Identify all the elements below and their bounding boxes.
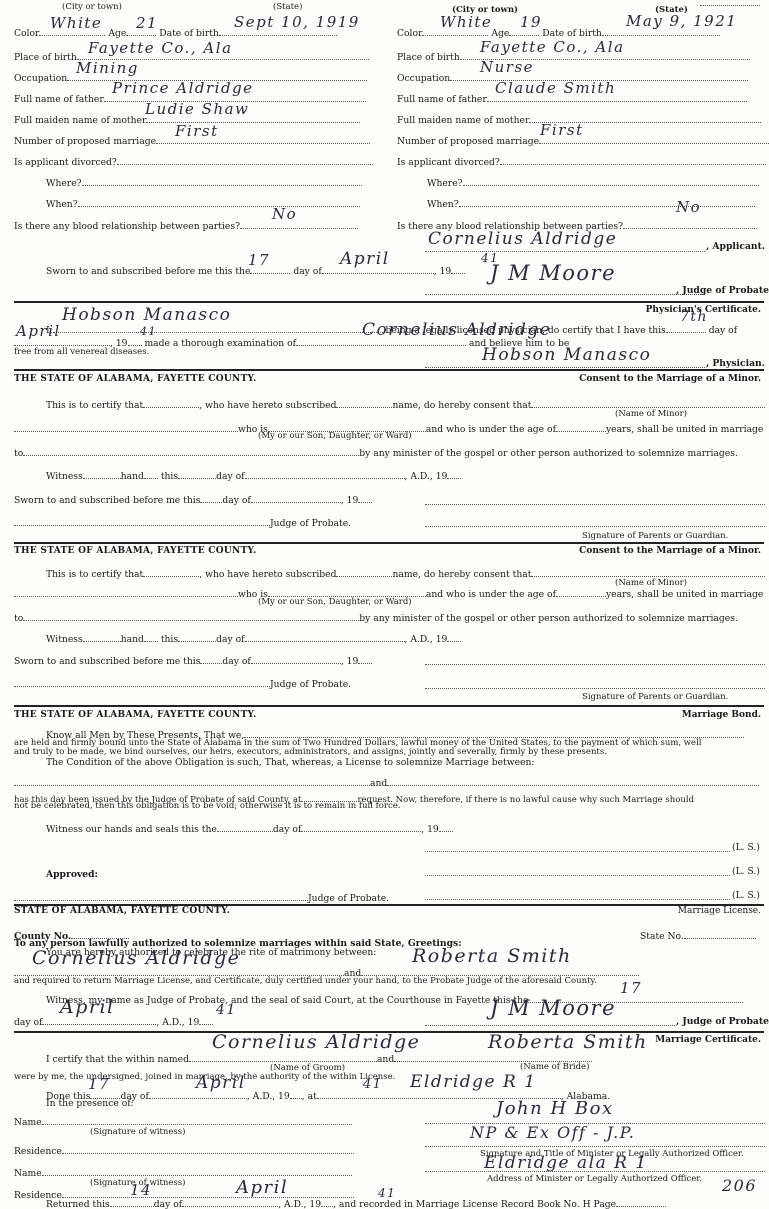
groom-mother-label: Full maiden name of mother (14, 115, 146, 126)
witness2-name-label: Name (14, 1168, 42, 1179)
groom-color-value: White (50, 15, 102, 31)
groom-where-label: Where? (46, 178, 82, 189)
consent1-text: , 19 (341, 495, 359, 506)
sworn-month: April (340, 251, 390, 267)
groom-state-caption: (State) (273, 2, 302, 12)
physician-patient: Cornelius Aldridge (362, 322, 551, 338)
bride-top-line (700, 4, 760, 6)
physician-signature: Hobson Manasco (482, 347, 651, 363)
physician-text-2: made a thorough examination of (144, 338, 296, 349)
bride-blood-value: No (676, 199, 701, 215)
returned-page: 206 (722, 1178, 757, 1194)
bride-marriage-no-label: Number of proposed marriage (397, 136, 539, 147)
consent1-text: name, do hereby consent that (392, 400, 531, 411)
physician-name: Hobson Manasco (62, 307, 231, 323)
consent1-text: by any minister of the gospel or other p… (359, 448, 738, 459)
certificate-year: 41 (363, 1077, 383, 1093)
license-judge-signature: J M Moore (490, 1000, 616, 1016)
groom-occupation-label: Occupation (14, 73, 67, 84)
bond-signature-line-1 (425, 850, 730, 852)
groom-blood-value: No (272, 206, 297, 222)
consent1-guardian-line-1 (425, 503, 765, 505)
consent2-title: Consent to the Marriage of a Minor. (579, 546, 761, 556)
groom-occupation-value: Mining (76, 60, 139, 76)
consent1-text: to (14, 448, 23, 459)
bride-mother-label: Full maiden name of mother (397, 115, 529, 126)
groom-blood-label: Is there any blood relationship between … (14, 221, 240, 232)
certificate-place: Eldridge R 1 (410, 1074, 537, 1090)
bond-ls-3: (L. S.) (732, 890, 760, 901)
bride-occupation-label: Occupation (397, 73, 450, 84)
returned-recorded-text: , and recorded in Marriage License Recor… (333, 1199, 616, 1209)
certificate-bride-name: Roberta Smith (488, 1034, 648, 1050)
returned-month: April (236, 1180, 288, 1196)
certificate-certify-text: I certify that the within named (46, 1054, 189, 1065)
consent1-text: day of (222, 495, 250, 506)
consent2-text: this (161, 634, 178, 645)
sworn-prefix: Sworn to and subscribed before me this t… (46, 266, 250, 277)
bride-father-value: Claude Smith (495, 80, 616, 96)
license-state-header: STATE OF ALABAMA, FAYETTE COUNTY. (14, 906, 230, 916)
officiant-address: Eldridge ala R 1 (484, 1155, 648, 1171)
section-divider (14, 705, 764, 707)
groom-age-label: Age (108, 28, 126, 39)
witness1-name-label: Name (14, 1117, 42, 1128)
groom-pob-value: Fayette Co., Ala (88, 40, 233, 56)
judge-signature-line-1 (425, 293, 705, 295)
consent1-text: , A.D., 19 (405, 471, 448, 482)
bond-state-header: THE STATE OF ALABAMA, FAYETTE COUNTY. (14, 710, 257, 720)
consent2-guardian-line-1 (425, 663, 765, 665)
groom-blood-row: Is there any blood relationship between … (14, 219, 358, 232)
license-groom-name: Cornelius Aldridge (32, 950, 240, 966)
returned-year: 41 (378, 1185, 396, 1201)
consent1-witness-row: Witnesshand thisday of, A.D., 19 (46, 469, 461, 482)
groom-mother-value: Ludie Shaw (145, 101, 249, 117)
sworn-year-prefix: , 19 (434, 266, 452, 277)
license-judge-label: , Judge of Probate. (676, 1016, 769, 1027)
license-judge-line (425, 1024, 675, 1026)
bride-pob-label: Place of birth (397, 52, 460, 63)
consent1-text: hand (121, 471, 144, 482)
license-ad: , A.D., 19 (156, 1017, 199, 1028)
marriage-record-page: (City or town) (State) Color Age Date of… (0, 0, 769, 1209)
bond-line-6: not be celebrated, then this obligation … (14, 801, 400, 812)
groom-when-label: When? (46, 199, 78, 210)
bond-witness-row: Witness our hands and seals this theday … (46, 822, 453, 835)
consent2-text: to (14, 613, 23, 624)
sworn-day: 17 (248, 252, 270, 268)
groom-divorced-label: Is applicant divorced? (14, 157, 117, 168)
groom-dob-value: Sept 10, 1919 (234, 14, 360, 30)
bond-and-row: and (14, 776, 759, 789)
physician-text-4: free from all venereal diseases. (14, 347, 149, 358)
consent2-text: , A.D., 19 (405, 634, 448, 645)
officiant-signature: John H Box (496, 1101, 614, 1117)
physician-signature-line (425, 366, 705, 368)
section-divider (14, 369, 764, 371)
section-divider (14, 301, 764, 303)
bride-where-label: Where? (427, 178, 463, 189)
bond-judge-row: Judge of Probate. (14, 891, 389, 904)
officiant-title-line (425, 1145, 765, 1147)
license-required: and required to return Marriage License,… (14, 976, 597, 987)
consent2-text: years, shall be united in marriage (606, 589, 763, 600)
consent1-text: This is to certify that (46, 400, 143, 411)
returned-day: 14 (130, 1182, 152, 1198)
physician-sig-label: , Physician. (706, 358, 765, 369)
groom-divorced-row: Is applicant divorced? (14, 155, 373, 168)
license-year: 41 (216, 1002, 237, 1018)
physician-year: 41 (140, 324, 157, 340)
certificate-day: 17 (88, 1076, 110, 1092)
consent2-judge-row: Judge of Probate. (14, 677, 351, 690)
bride-color-value: White (440, 14, 492, 30)
bond-signature-line-2 (425, 874, 730, 876)
consent2-text: Witness (46, 634, 83, 645)
license-state-no-label: State No. (640, 931, 684, 942)
groom-marriage-no-label: Number of proposed marriage (14, 136, 156, 147)
applicant-label: , Applicant. (706, 241, 765, 252)
consent2-text: day of (216, 634, 244, 645)
bride-occupation-value: Nurse (480, 59, 534, 75)
bride-when-row: When? (427, 197, 755, 210)
bride-dob-value: May 9, 1921 (626, 13, 737, 29)
certificate-and: and (377, 1054, 394, 1065)
consent1-title: Consent to the Marriage of a Minor. (579, 374, 761, 384)
witness1-caption: (Signature of witness) (90, 1127, 185, 1137)
consent1-text: Witness (46, 471, 83, 482)
sworn-day-of: day of (293, 266, 321, 277)
consent1-sig-caption: Signature of Parents or Guardian. (582, 531, 728, 541)
groom-city-caption: (City or town) (62, 2, 122, 12)
certificate-at: , at (302, 1091, 317, 1102)
bond-ls-1: (L. S.) (732, 842, 760, 853)
consent1-relation-caption: (My or our Son, Daughter, or Ward) (258, 431, 412, 441)
bond-text: , 19 (421, 824, 439, 835)
consent2-sworn-row: Sworn to and subscribed before me thisda… (14, 654, 372, 667)
consent1-guardian-line-2 (425, 525, 765, 527)
license-day-of: day of (14, 1017, 42, 1028)
bond-judge-label: Judge of Probate. (308, 893, 389, 904)
officiant-title: NP & Ex Off - J.P. (470, 1125, 635, 1141)
consent2-state-header: THE STATE OF ALABAMA, FAYETTE COUNTY. (14, 546, 257, 556)
consent1-line-3: toby any minister of the gospel or other… (14, 446, 738, 459)
returned-ad: , A.D., 19 (278, 1199, 321, 1209)
address-caption: Address of Minister or Legally Authorize… (487, 1174, 702, 1184)
bride-color-label: Color (397, 28, 422, 39)
bond-text: request. Now, therefore, if there is no … (357, 795, 694, 805)
consent2-text: Sworn to and subscribed before me this (14, 656, 200, 667)
sworn-judge-label: , Judge of Probate. (676, 285, 769, 296)
physician-day: 7th (680, 309, 708, 325)
certificate-groom-name: Cornelius Aldridge (212, 1034, 420, 1050)
bond-and: and (370, 778, 387, 789)
consent1-text: Sworn to and subscribed before me this (14, 495, 200, 506)
groom-where-row: Where? (46, 176, 362, 189)
bride-divorced-label: Is applicant divorced? (397, 157, 500, 168)
groom-color-label: Color (14, 28, 39, 39)
consent2-text: , 19 (341, 656, 359, 667)
consent1-sworn-row: Sworn to and subscribed before me thisda… (14, 493, 372, 506)
witness1-residence-label: Residence (14, 1146, 62, 1157)
groom-age-value: 21 (136, 15, 158, 31)
consent2-text: hand (121, 634, 144, 645)
consent2-judge-label: Judge of Probate. (270, 679, 351, 690)
consent2-relation-caption: (My or our Son, Daughter, or Ward) (258, 597, 412, 607)
bond-text: day of (273, 824, 301, 835)
bride-marriage-no-value: First (540, 122, 584, 138)
physician-day-of: day of (709, 325, 737, 336)
groom-marriage-no-value: First (175, 123, 219, 139)
returned-label: Returned this (46, 1199, 110, 1209)
certificate-title: Marriage Certificate. (655, 1035, 761, 1045)
license-witness-text: Witness, my name as Judge of Probate, an… (46, 995, 528, 1006)
consent2-witness-row: Witnesshand thisday of, A.D., 19 (46, 632, 461, 645)
consent1-text: years, shall be united in marriage (606, 424, 763, 435)
consent2-text: name, do hereby consent that (392, 569, 531, 580)
bond-line-4: The Condition of the above Obligation is… (46, 757, 534, 768)
consent2-sig-caption: Signature of Parents or Guardian. (582, 692, 728, 702)
certificate-month: April (196, 1075, 246, 1091)
license-state-no-row: State No. (640, 929, 756, 942)
consent2-line-3: toby any minister of the gospel or other… (14, 611, 738, 624)
consent1-text: day of (216, 471, 244, 482)
consent1-judge-row: Judge of Probate. (14, 516, 351, 529)
consent1-text: this (161, 471, 178, 482)
physician-month: April (16, 323, 61, 339)
certificate-ad: , A.D., 19 (247, 1091, 290, 1102)
bond-signature-line-3 (425, 898, 730, 900)
officiant-address-line (425, 1170, 765, 1172)
bride-father-label: Full name of father (397, 94, 487, 105)
bond-title: Marriage Bond. (682, 710, 761, 720)
consent2-text: , who have hereto subscribed (199, 569, 336, 580)
consent1-text: , who have hereto subscribed (199, 400, 336, 411)
bride-pob-value: Fayette Co., Ala (480, 39, 625, 55)
bond-approved: Approved: (46, 869, 98, 880)
sworn-judge-signature: J M Moore (490, 265, 616, 281)
groom-father-label: Full name of father (14, 94, 104, 105)
certificate-presence: In the presence of: (46, 1098, 134, 1109)
section-divider (14, 542, 764, 544)
bride-age-value: 19 (520, 14, 542, 30)
consent1-state-header: THE STATE OF ALABAMA, FAYETTE COUNTY. (14, 374, 257, 384)
consent2-text: This is to certify that (46, 569, 143, 580)
applicant-signature: Cornelius Aldridge (428, 231, 617, 247)
witness1-residence-row: Residence (14, 1144, 354, 1157)
license-bride-name: Roberta Smith (412, 948, 572, 964)
applicant-signature-line (425, 250, 705, 252)
license-title: Marriage License. (678, 906, 761, 916)
returned-day-of: day of (154, 1199, 182, 1209)
consent2-text: day of (222, 656, 250, 667)
consent2-text: and who is under the age of (426, 589, 556, 600)
bond-text: Witness our hands and seals this the (46, 824, 217, 835)
consent1-judge-label: Judge of Probate. (270, 518, 351, 529)
groom-dob-label: Date of birth (159, 28, 219, 39)
consent1-text: and who is under the age of (426, 424, 556, 435)
bride-when-label: When? (427, 199, 459, 210)
groom-when-row: When? (46, 197, 360, 210)
bride-where-row: Where? (427, 176, 759, 189)
consent1-name-of-minor: (Name of Minor) (615, 409, 687, 419)
consent2-guardian-line-2 (425, 687, 765, 689)
groom-father-value: Prince Aldridge (112, 80, 254, 96)
license-day: 17 (620, 980, 642, 996)
license-month: April (60, 999, 115, 1015)
bride-divorced-row: Is applicant divorced? (397, 155, 766, 168)
bond-ls-2: (L. S.) (732, 866, 760, 877)
certificate-bride-caption: (Name of Bride) (520, 1062, 589, 1072)
consent2-text: by any minister of the gospel or other p… (359, 613, 738, 624)
groom-pob-label: Place of birth (14, 52, 77, 63)
